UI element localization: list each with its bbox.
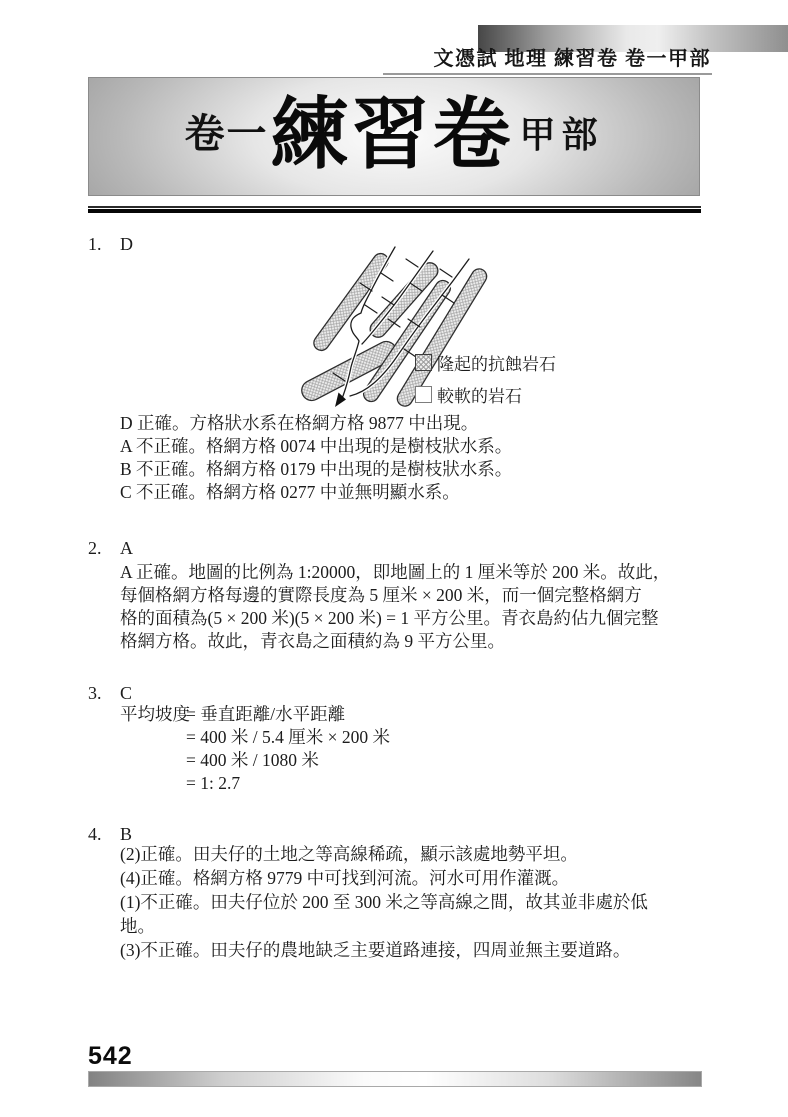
textbook-page: 文憑試 地理 練習卷 卷一甲部 卷一 練習卷 甲部 1.D <box>0 0 788 1117</box>
diagram-legend: 隆起的抗蝕岩石 較軟的岩石 <box>415 352 556 416</box>
explanation-line: (3)不正確。田夫仔的農地缺乏主要道路連接，四周並無主要道路。 <box>120 938 648 962</box>
title-banner: 卷一 練習卷 甲部 <box>88 77 700 196</box>
explanation-line: (4)正確。格網方格 9779 中可找到河流。河水可用作灌溉。 <box>120 866 648 890</box>
equation-line: = 400 米 / 5.4 厘米 × 200 米 <box>120 726 390 749</box>
plain-rock-swatch-icon <box>415 386 432 403</box>
answer-letter: A <box>120 538 133 558</box>
explanation-line: (2)正確。田夫仔的土地之等高線稀疏，顯示該處地勢平坦。 <box>120 842 648 866</box>
answer-letter: C <box>120 683 132 703</box>
question-4-explanations: (2)正確。田夫仔的土地之等高線稀疏，顯示該處地勢平坦。 (4)正確。格網方格 … <box>120 842 648 962</box>
equation-line: 平均坡度= 垂直距離/水平距離 <box>120 703 390 726</box>
banner-prefix: 卷一 <box>184 102 268 159</box>
legend-label: 較軟的岩石 <box>437 382 522 407</box>
question-number: 2. <box>88 538 120 559</box>
equation-label: 平均坡度 <box>120 703 186 726</box>
running-header: 文憑試 地理 練習卷 卷一甲部 <box>383 42 711 71</box>
explanation-line: 格的面積為(5 × 200 米)(5 × 200 米) = 1 平方公里。青衣島… <box>120 607 670 630</box>
equation-line: = 400 米 / 1080 米 <box>120 749 390 772</box>
page-number: 542 <box>88 1042 133 1071</box>
explanation-line: (1)不正確。田夫仔位於 200 至 300 米之等高線之間，故其並非處於低 <box>120 890 648 914</box>
answer-letter: D <box>120 234 133 254</box>
question-1-explanations: D 正確。方格狀水系在格網方格 9877 中出現。 A 不正確。格網方格 007… <box>120 412 512 504</box>
question-2-explanations: A 正確。地圖的比例為 1:20000，即地圖上的 1 厘米等於 200 米。故… <box>120 561 670 653</box>
explanation-line: A 正確。地圖的比例為 1:20000，即地圖上的 1 厘米等於 200 米。故… <box>120 561 670 584</box>
question-3-working: 平均坡度= 垂直距離/水平距離 = 400 米 / 5.4 厘米 × 200 米… <box>120 703 390 795</box>
question-2-row: 2.A <box>88 538 133 559</box>
banner-title: 練習卷 <box>270 72 513 184</box>
footer-gradient-bar <box>88 1071 702 1087</box>
legend-label: 隆起的抗蝕岩石 <box>437 350 556 375</box>
question-number: 3. <box>88 683 120 704</box>
banner-suffix: 甲部 <box>520 107 604 158</box>
question-number: 1. <box>88 234 120 255</box>
legend-item-soft-rock: 較軟的岩石 <box>415 384 556 404</box>
question-1-row: 1.D <box>88 234 133 255</box>
question-3-row: 3.C <box>88 683 132 704</box>
legend-item-resistant-rock: 隆起的抗蝕岩石 <box>415 352 556 372</box>
explanation-line: 格網方格。故此，青衣島之面積約為 9 平方公里。 <box>120 630 670 653</box>
question-number: 4. <box>88 824 120 845</box>
explanation-line: A 不正確。格網方格 0074 中出現的是樹枝狀水系。 <box>120 435 512 458</box>
hatched-rock-swatch-icon <box>415 354 432 371</box>
thin-thick-rule <box>88 206 701 213</box>
explanation-line: 地。 <box>120 914 648 938</box>
equation-line: = 1: 2.7 <box>120 772 390 795</box>
explanation-line: C 不正確。格網方格 0277 中並無明顯水系。 <box>120 481 512 504</box>
explanation-line: 每個格網方格每邊的實際長度為 5 厘米 × 200 米，而一個完整格網方 <box>120 584 670 607</box>
answer-letter: B <box>120 824 132 844</box>
explanation-line: D 正確。方格狀水系在格網方格 9877 中出現。 <box>120 412 512 435</box>
explanation-line: B 不正確。格網方格 0179 中出現的是樹枝狀水系。 <box>120 458 512 481</box>
